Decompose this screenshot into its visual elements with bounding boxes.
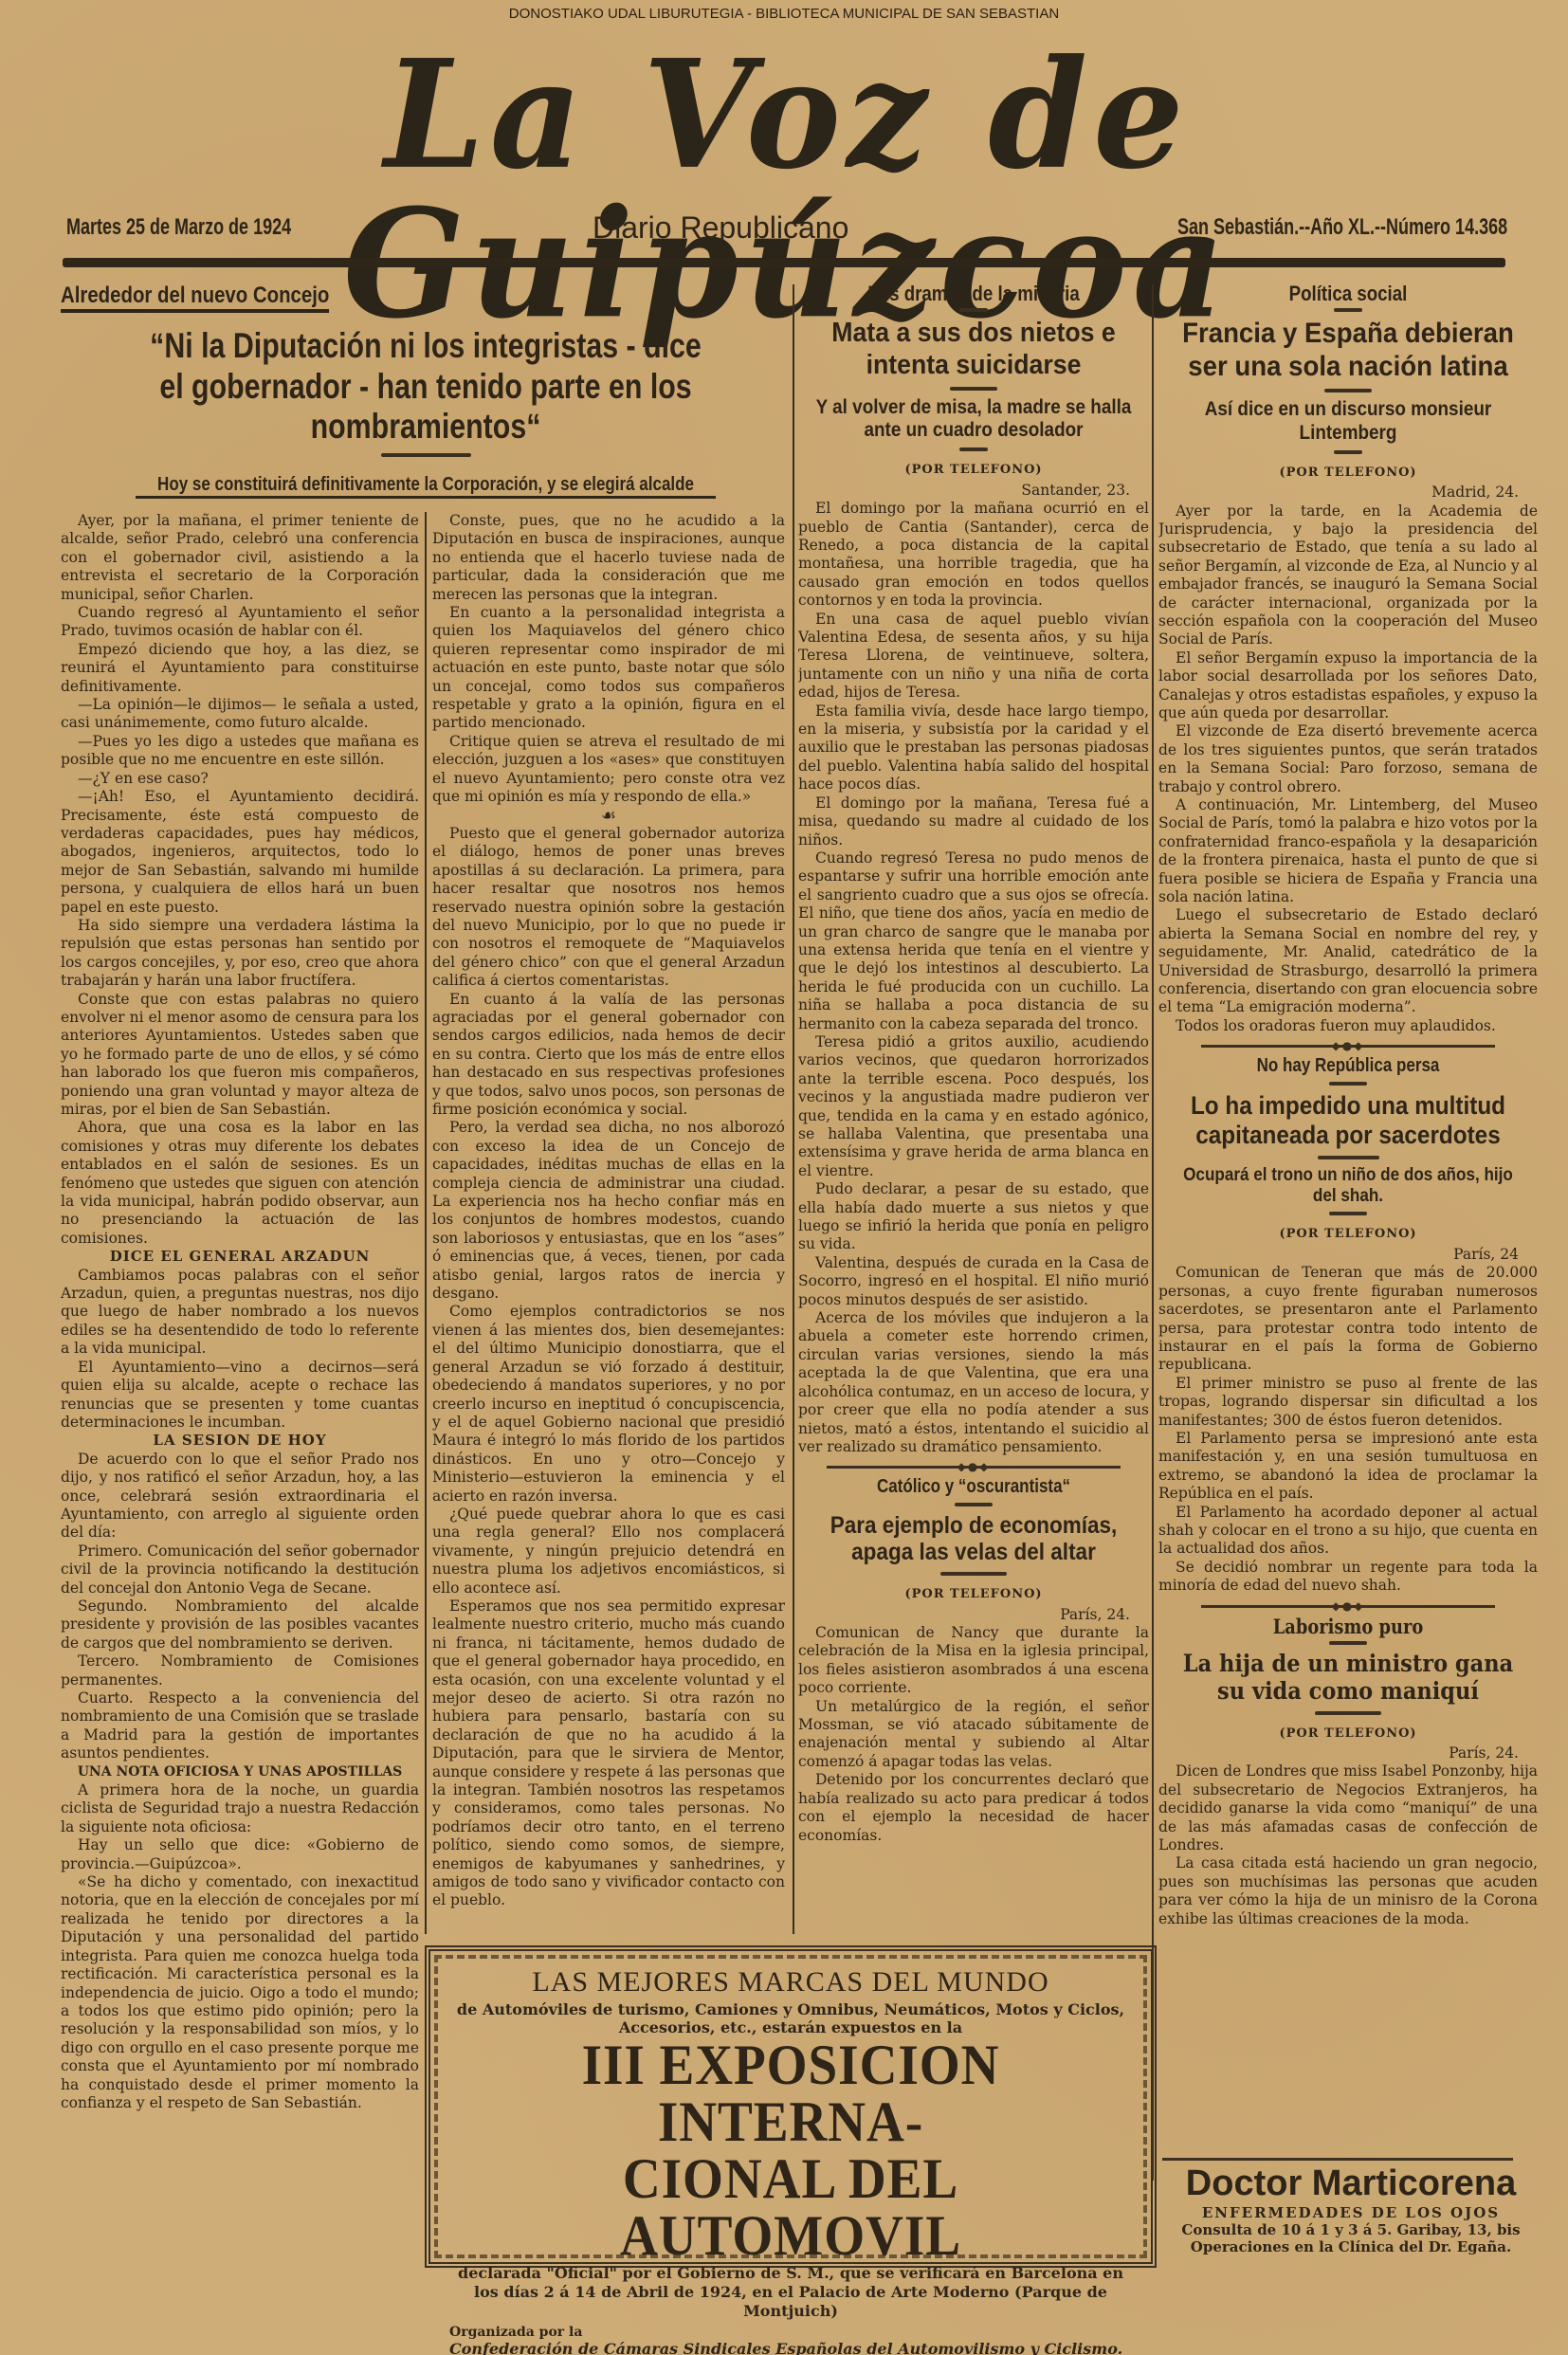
paragraph: Como ejemplos contradictorios se nos vie… <box>432 1303 785 1505</box>
paragraph: El Parlamento persa se impresionó ante e… <box>1158 1430 1538 1504</box>
column-rule <box>1152 284 1154 2181</box>
paragraph: Conste, pues, que no he acudido a la Dip… <box>432 512 785 604</box>
paragraph: Ha sido siempre una verdadera lástima la… <box>61 917 419 991</box>
paragraph: El primer ministro se puso al frente de … <box>1158 1375 1538 1430</box>
paragraph: Critique quien se atreva el resultado de… <box>432 733 785 807</box>
issue-number: San Sebastián.--Año XL.--Número 14.368 <box>1177 214 1507 241</box>
doctor-ad: Doctor Marticorena ENFERMEDADES DE LOS O… <box>1161 2163 1541 2255</box>
left-column-1: Ayer, por la mañana, el primer teniente … <box>61 512 419 2332</box>
paragraph: Valentina, después de curada en la Casa … <box>798 1254 1149 1309</box>
paragraph: «Se ha dicho y comentado, con inexactitu… <box>61 1873 419 2112</box>
paragraph: Teresa pidió a gritos auxilio, acudiendo… <box>798 1033 1149 1180</box>
dateline-place: París, 24. <box>798 1606 1149 1624</box>
source-label: (POR TELEFONO) <box>798 461 1149 479</box>
paragraph: El Parlamento ha acordado deponer al act… <box>1158 1504 1538 1559</box>
ad-title-1: III EXPOSICION INTERNA- <box>477 2036 1104 2150</box>
ad-line-1: LAS MEJORES MARCAS DEL MUNDO <box>449 1966 1132 1999</box>
subhead: DICE EL GENERAL ARZADUN <box>61 1248 419 1266</box>
paragraph: A primera hora de la noche, un guardia c… <box>61 1781 419 1836</box>
middle-kicker: Los dramas de la miseria <box>825 284 1123 302</box>
divider <box>1334 308 1362 312</box>
paragraph: Cambiamos pocas palabras con el señor Ar… <box>61 1267 419 1359</box>
source-label: (POR TELEFONO) <box>1158 1725 1538 1743</box>
paragraph: A continuación, Mr. Lintemberg, del Muse… <box>1158 796 1538 906</box>
paragraph: —Pues yo les digo a ustedes que mañana e… <box>61 733 419 770</box>
paragraph: ¿Qué puede quebrar ahora lo que es casi … <box>432 1506 785 1597</box>
divider <box>959 308 988 312</box>
paragraph: La casa citada está haciendo un gran neg… <box>1158 1854 1538 1928</box>
left-deck: Hoy se constituirá definitivamente la Co… <box>136 474 716 499</box>
paragraph: Cuando regresó Teresa no pudo menos de e… <box>798 849 1149 1033</box>
paragraph: El vizconde de Eza disertó brevemente ac… <box>1158 722 1538 796</box>
subhead: UNA NOTA OFICIOSA Y UNAS APOSTILLAS <box>61 1763 419 1781</box>
left-kicker: Alrededor del nuevo Concejo <box>61 283 329 313</box>
paragraph: El Ayuntamiento—vino a decirnos—será qui… <box>61 1359 419 1433</box>
paragraph: Se decidió nombrar un regente para toda … <box>1158 1559 1538 1596</box>
paragraph: En cuanto a la personalidad integrista a… <box>432 604 785 733</box>
divider <box>381 453 471 457</box>
paragraph: En cuanto á la valía de las personas agr… <box>432 991 785 1120</box>
paragraph: El domingo por la mañana ocurrió en el p… <box>798 500 1149 610</box>
paragraph: Comunican de Teneran que más de 20.000 p… <box>1158 1264 1538 1374</box>
ad-details: declarada "Oficial" por el Gobierno de S… <box>449 2264 1132 2321</box>
ornament-divider <box>1201 1045 1495 1048</box>
right3-kicker: Laborismo puro <box>1187 1617 1509 1635</box>
divider <box>959 447 988 451</box>
doctor-ad-rule <box>1162 2158 1513 2161</box>
right2-deck: Ocupará el trono un niño de dos años, hi… <box>1177 1165 1519 1207</box>
paragraph: —¿Y en ese caso? <box>61 770 419 788</box>
divider <box>1334 450 1362 454</box>
divider <box>1324 389 1372 392</box>
divider <box>1318 1156 1379 1159</box>
ornament-divider <box>1201 1605 1495 1608</box>
paragraph: Hay un sello que dice: «Gobierno de prov… <box>61 1836 419 1873</box>
source-label: (POR TELEFONO) <box>1158 464 1538 482</box>
subhead: LA SESION DE HOY <box>61 1432 419 1450</box>
ad-title-2: CIONAL DEL AUTOMOVIL <box>477 2150 1104 2264</box>
paragraph: Segundo. Nombramiento del alcalde presid… <box>61 1597 419 1652</box>
left-column-2: Conste, pues, que no he acudido a la Dip… <box>432 512 785 1925</box>
middle-column: Los dramas de la miseria Mata a sus dos … <box>798 284 1149 1929</box>
middle-deck: Y al volver de misa, la madre se halla a… <box>816 396 1132 442</box>
automobile-exhibition-ad: LAS MEJORES MARCAS DEL MUNDO de Automóvi… <box>425 1945 1157 2268</box>
divider <box>1329 1212 1367 1215</box>
archive-label: DONOSTIAKO UDAL LIBURUTEGIA - BIBLIOTECA… <box>0 6 1568 22</box>
divider <box>955 1503 993 1506</box>
right2-kicker: No hay República persa <box>1187 1057 1509 1075</box>
source-label: (POR TELEFONO) <box>798 1585 1149 1603</box>
paragraph: Todos los oradoras fueron muy aplaudidos… <box>1158 1017 1538 1035</box>
masthead-rule <box>63 258 1505 267</box>
ornament-divider <box>827 1466 1121 1469</box>
paragraph: Detenido por los concurrentes declaró qu… <box>798 1771 1149 1845</box>
paragraph: Un metalúrgico de la región, el señor Mo… <box>798 1698 1149 1772</box>
paragraph: Tercero. Nombramiento de Comisiones perm… <box>61 1652 419 1689</box>
paragraph: Ahora, que una cosa es la labor en las c… <box>61 1119 419 1248</box>
divider <box>1329 1641 1367 1645</box>
left-headline: “Ni la Diputación ni los integristas - d… <box>126 326 724 447</box>
paragraph: Luego el subsecretario de Estado declaró… <box>1158 906 1538 1016</box>
right2-headline: Lo ha impedido una multitud capitaneada … <box>1177 1091 1519 1150</box>
column-rule <box>793 284 794 1934</box>
paragraph: Empezó diciendo que hoy, a las diez, se … <box>61 641 419 696</box>
paragraph: Conste que con estas palabras no quiero … <box>61 991 419 1120</box>
doctor-hours: Consulta de 10 á 1 y 3 á 5. Garibay, 13,… <box>1161 2221 1541 2238</box>
paragraph: Esta familia vivía, desde hace largo tie… <box>798 703 1149 794</box>
paragraph: —¡Ah! Eso, el Ayuntamiento decidirá. Pre… <box>61 788 419 917</box>
column-rule <box>425 512 427 1934</box>
right-headline: Francia y España debieran ser una sola n… <box>1174 318 1522 383</box>
ad-line-2: de Automóviles de turismo, Camiones y Om… <box>449 2000 1132 2036</box>
right3-headline: La hija de un ministro gana su vida como… <box>1177 1651 1519 1706</box>
paragraph: De acuerdo con lo que el señor Prado nos… <box>61 1451 419 1543</box>
paragraph: —La opinión—le dijimos— le señala a uste… <box>61 696 419 733</box>
middle2-headline: Para ejemplo de economías, apaga las vel… <box>816 1512 1132 1567</box>
paragraph: Comunican de Nancy que durante la celebr… <box>798 1624 1149 1698</box>
dateline-place: Santander, 23. <box>798 482 1149 500</box>
divider <box>1315 1711 1381 1715</box>
paragraph: Pero, la verdad sea dicha, no nos alboro… <box>432 1119 785 1303</box>
doctor-specialty: ENFERMEDADES DE LOS OJOS <box>1161 2204 1541 2221</box>
paragraph: El domingo por la mañana, Teresa fué a m… <box>798 794 1149 849</box>
paragraph: Pudo declarar, a pesar de su estado, que… <box>798 1180 1149 1254</box>
paragraph: Puesto que el general gobernador autoriz… <box>432 825 785 991</box>
divider <box>1329 1082 1367 1086</box>
paragraph: Dicen de Londres que miss Isabel Ponzonb… <box>1158 1762 1538 1854</box>
dateline-place: Madrid, 24. <box>1158 484 1538 502</box>
issue-date: Martes 25 de Marzo de 1924 <box>66 214 291 241</box>
paragraph: Ayer por la tarde, en la Academia de Jur… <box>1158 502 1538 649</box>
newspaper-subtitle: Diario Republicano <box>593 210 848 246</box>
middle2-kicker: Católico y “oscurantista“ <box>825 1478 1123 1496</box>
paragraph: En una casa de aquel pueblo vivían Valen… <box>798 611 1149 703</box>
dateline: Martes 25 de Marzo de 1924 Diario Republ… <box>66 210 1507 248</box>
paragraph: Esperamos que nos sea permitido expresar… <box>432 1597 785 1910</box>
ad-organizer: Confederación de Cámaras Sindicales Espa… <box>449 2340 1132 2355</box>
paragraph: Ayer, por la mañana, el primer teniente … <box>61 512 419 604</box>
dateline-place: París, 24. <box>1158 1744 1538 1762</box>
paragraph: Cuando regresó al Ayuntamiento el señor … <box>61 604 419 641</box>
right-column: Política social Francia y España debiera… <box>1158 284 1538 2152</box>
paragraph: El señor Bergamín expuso la importancia … <box>1158 649 1538 723</box>
doctor-operations: Operaciones en la Clínica del Dr. Egaña. <box>1161 2238 1541 2255</box>
ornament-icon: ☙ <box>432 807 785 825</box>
paragraph: Acerca de los móviles que indujeron a la… <box>798 1309 1149 1456</box>
dateline-place: París, 24 <box>1158 1246 1538 1264</box>
doctor-name: Doctor Marticorena <box>1161 2163 1541 2204</box>
right-kicker: Política social <box>1187 284 1509 302</box>
source-label: (POR TELEFONO) <box>1158 1225 1538 1243</box>
paragraph: Primero. Comunicación del señor gobernad… <box>61 1543 419 1597</box>
left-article-header: Alrededor del nuevo Concejo “Ni la Diput… <box>61 283 791 499</box>
divider <box>940 1572 1007 1576</box>
ad-organizer-label: Organizada por la <box>449 2325 1132 2340</box>
divider <box>950 387 997 391</box>
paragraph: Cuarto. Respecto a la conveniencia del n… <box>61 1689 419 1763</box>
middle-headline: Mata a sus dos nietos e intenta suicidar… <box>812 318 1135 381</box>
right-deck: Así dice en un discurso monsieur Lintemb… <box>1177 398 1519 444</box>
